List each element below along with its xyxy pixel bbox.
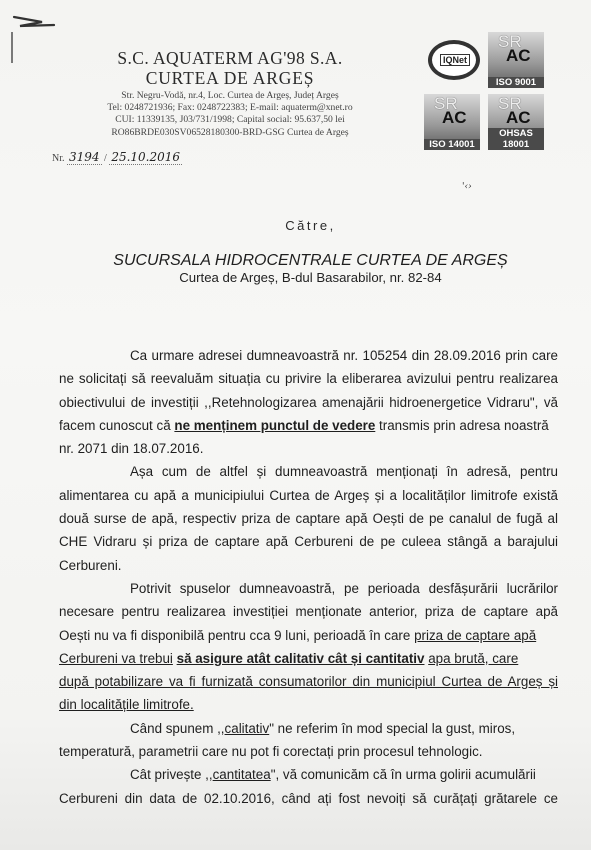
underlined-text: cantitatea [213, 767, 271, 782]
emphasized-text: ne menținem punctul de vedere [174, 418, 375, 433]
paragraph-4-line: temperatură, parametrii care nu pot fi c… [59, 740, 558, 763]
bank-account-line: RO86BRDE030SV06528180300-BRD-GSG Curtea … [60, 127, 400, 139]
srac-ac-text: AC [506, 46, 531, 66]
srac-standard-label: ISO 9001 [488, 77, 544, 88]
certification-logos: IQNet SR AC ISO 9001 SR AC ISO 14001 SR … [424, 32, 544, 157]
company-name: S.C. AQUATERM AG'98 S.A. [60, 48, 400, 68]
paragraph-3-line: necesare pentru realizarea investiției m… [59, 600, 558, 623]
text-run: transmis prin adresa noastră [379, 418, 549, 433]
handwritten-mark-icon [6, 8, 56, 63]
salutation: Către, [0, 218, 591, 233]
paragraph-4-line: Când spunem ,,calitativ" ne referim în m… [59, 717, 558, 740]
paragraph-1-line: obiectivului de investiții ,,Retehnologi… [59, 391, 558, 414]
paragraph-2-line: Cerbureni. [59, 554, 558, 577]
underlined-text: calitativ [225, 721, 270, 736]
letter-body: Ca urmare adresei dumneavoastră nr. 1052… [59, 344, 558, 810]
registration-date: 25.10.2016 [109, 150, 182, 165]
registration-number: Nr. 3194 / 25.10.2016 [52, 150, 182, 164]
letterhead: S.C. AQUATERM AG'98 S.A. CURTEA DE ARGEȘ… [60, 48, 400, 139]
registration-line: CUI: 11339135, J03/731/1998; Capital soc… [60, 114, 400, 126]
paragraph-2-line: Așa cum de altfel și dumneavoastră menți… [59, 460, 558, 483]
underlined-text: Cerbureni va trebui [59, 651, 173, 666]
contact-line: Tel: 0248721936; Fax: 0248722383; E-mail… [60, 102, 400, 114]
registration-separator: / [104, 153, 107, 164]
handwritten-scribble-icon: '‹› [462, 182, 472, 192]
paragraph-2-line: alimentarea cu apă a municipiului Curtea… [59, 484, 558, 507]
recipient-address: Curtea de Argeș, B-dul Basarabilor, nr. … [0, 270, 591, 285]
srac-ac-text: AC [506, 108, 531, 128]
text-run: ", vă comunicăm că în urma golirii acumu… [271, 767, 536, 782]
paragraph-5-line: Cerbureni din data de 02.10.2016, când a… [59, 787, 558, 810]
iqnet-certification-logo-icon: IQNet [428, 40, 480, 80]
underlined-text: priza de captare apă [414, 628, 536, 643]
recipient-name: SUCURSALA HIDROCENTRALE CURTEA DE ARGEȘ [0, 252, 591, 270]
paragraph-3-line: Cerbureni va trebui să asigure atât cali… [59, 647, 558, 670]
text-run: Cât privește ,, [130, 767, 213, 782]
paragraph-2-line: CHE Vidraru și priza de captare apă Cerb… [59, 530, 558, 553]
paragraph-1-line: nr. 2071 din 18.07.2016. [59, 437, 558, 460]
srac-iso14001-logo-icon: SR AC ISO 14001 [424, 94, 480, 150]
paragraph-3-line: Oești nu va fi disponibilă pentru cca 9 … [59, 624, 558, 647]
paragraph-3-line: Potrivit spuselor dumneavoastră, pe peri… [59, 577, 558, 600]
paragraph-1-line: ne solicitați să reevaluăm situația cu p… [59, 367, 558, 390]
iqnet-label: IQNet [440, 54, 470, 66]
srac-ac-text: AC [442, 108, 467, 128]
paragraph-1-line: Ca urmare adresei dumneavoastră nr. 1052… [59, 344, 558, 367]
paragraph-3-line: din localitățile limitrofe. [59, 693, 558, 716]
srac-standard-label: OHSAS 18001 [488, 128, 544, 150]
text-run: " ne referim în mod special la gust, mir… [269, 721, 515, 736]
paragraph-3-line: după potabilizare va fi furnizată consum… [59, 670, 558, 693]
text-run: Oești nu va fi disponibilă pentru cca 9 … [59, 628, 410, 643]
company-city: CURTEA DE ARGEȘ [60, 68, 400, 88]
srac-standard-label: ISO 14001 [424, 139, 480, 150]
address-line: Str. Negru-Vodă, nr.4, Loc. Curtea de Ar… [60, 90, 400, 102]
paragraph-2-line: două surse de apă, respectiv priza de ca… [59, 507, 558, 530]
paragraph-1-line: facem cunoscut că ne menținem punctul de… [59, 414, 558, 437]
company-address: Str. Negru-Vodă, nr.4, Loc. Curtea de Ar… [60, 90, 400, 139]
text-run: facem cunoscut că [59, 418, 171, 433]
srac-iso9001-logo-icon: SR AC ISO 9001 [488, 32, 544, 88]
underlined-text: apa brută, care [428, 651, 518, 666]
text-run: Când spunem ,, [130, 721, 225, 736]
scanned-letter-page: S.C. AQUATERM AG'98 S.A. CURTEA DE ARGEȘ… [0, 0, 591, 850]
registration-prefix: Nr. [52, 153, 65, 164]
registration-number-value: 3194 [67, 150, 102, 165]
underlined-text: din localitățile limitrofe. [59, 697, 194, 712]
srac-ohsas18001-logo-icon: SR AC OHSAS 18001 [488, 94, 544, 150]
paragraph-5-line: Cât privește ,,cantitatea", vă comunicăm… [59, 763, 558, 786]
emphasized-text: să asigure atât calitativ cât și cantita… [177, 651, 425, 666]
